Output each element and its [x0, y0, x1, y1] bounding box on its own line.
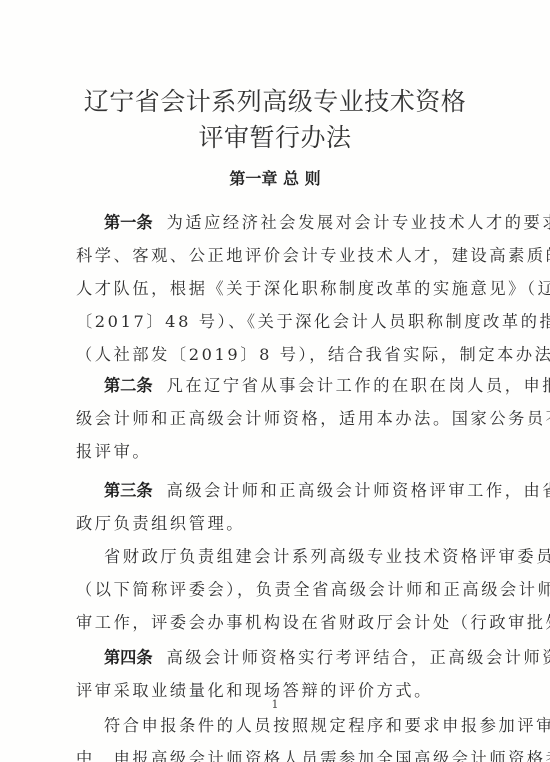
article-2-line-2: 级会计师和正高级会计师资格，适用本办法。国家公务员不得申 [76, 409, 486, 429]
article-3-line-2: 政厅负责组织管理。 [76, 514, 486, 534]
paragraph-4b-line-2: 中，申报高级会计师资格人员需参加全国高级会计师资格考试， [76, 749, 486, 762]
document-title-line-2: 评审暂行办法 [0, 118, 550, 154]
article-2-label: 第二条 [104, 376, 153, 395]
article-1-line-1: 第一条为适应经济社会发展对会计专业技术人才的要求， [104, 213, 486, 233]
article-4-line-1: 第四条高级会计师资格实行考评结合，正高级会计师资格 [104, 648, 486, 668]
article-1-line-5: （人社部发〔2019〕8 号），结合我省实际，制定本办法。 [76, 345, 486, 365]
article-1-line-2: 科学、客观、公正地评价会计专业技术人才，建设高素质的会计 [76, 246, 486, 266]
article-1-line-4: 〔2017〕48 号）、《关于深化会计人员职称制度改革的指导意见》 [76, 312, 486, 332]
paragraph-3b-line-1: 省财政厅负责组建会计系列高级专业技术资格评审委员会 [104, 547, 486, 567]
article-1-label: 第一条 [104, 213, 153, 232]
article-4-label: 第四条 [104, 648, 153, 667]
article-3-line-1: 第三条高级会计师和正高级会计师资格评审工作，由省财 [104, 481, 486, 501]
paragraph-3b-line-2: （以下简称评委会），负责全省高级会计师和正高级会计师资格评 [76, 580, 486, 600]
chapter-heading: 第一章 总 则 [0, 166, 550, 189]
document-page: 辽宁省会计系列高级专业技术资格 评审暂行办法 第一章 总 则 第一条为适应经济社… [0, 0, 550, 762]
article-3-label: 第三条 [104, 481, 153, 500]
paragraph-4b-line-1: 符合申报条件的人员按照规定程序和要求申报参加评审。其 [104, 716, 486, 736]
page-number: 1 [0, 698, 550, 711]
article-1-line-3: 人才队伍，根据《关于深化职称制度改革的实施意见》（辽委办发 [76, 279, 486, 299]
paragraph-3b-line-3: 审工作，评委会办事机构设在省财政厅会计处（行政审批处）。 [76, 613, 486, 633]
document-title-line-1: 辽宁省会计系列高级专业技术资格 [0, 82, 550, 118]
article-2-line-1: 第二条凡在辽宁省从事会计工作的在职在岗人员，申报高 [104, 376, 486, 396]
article-2-line-3: 报评审。 [76, 442, 486, 462]
